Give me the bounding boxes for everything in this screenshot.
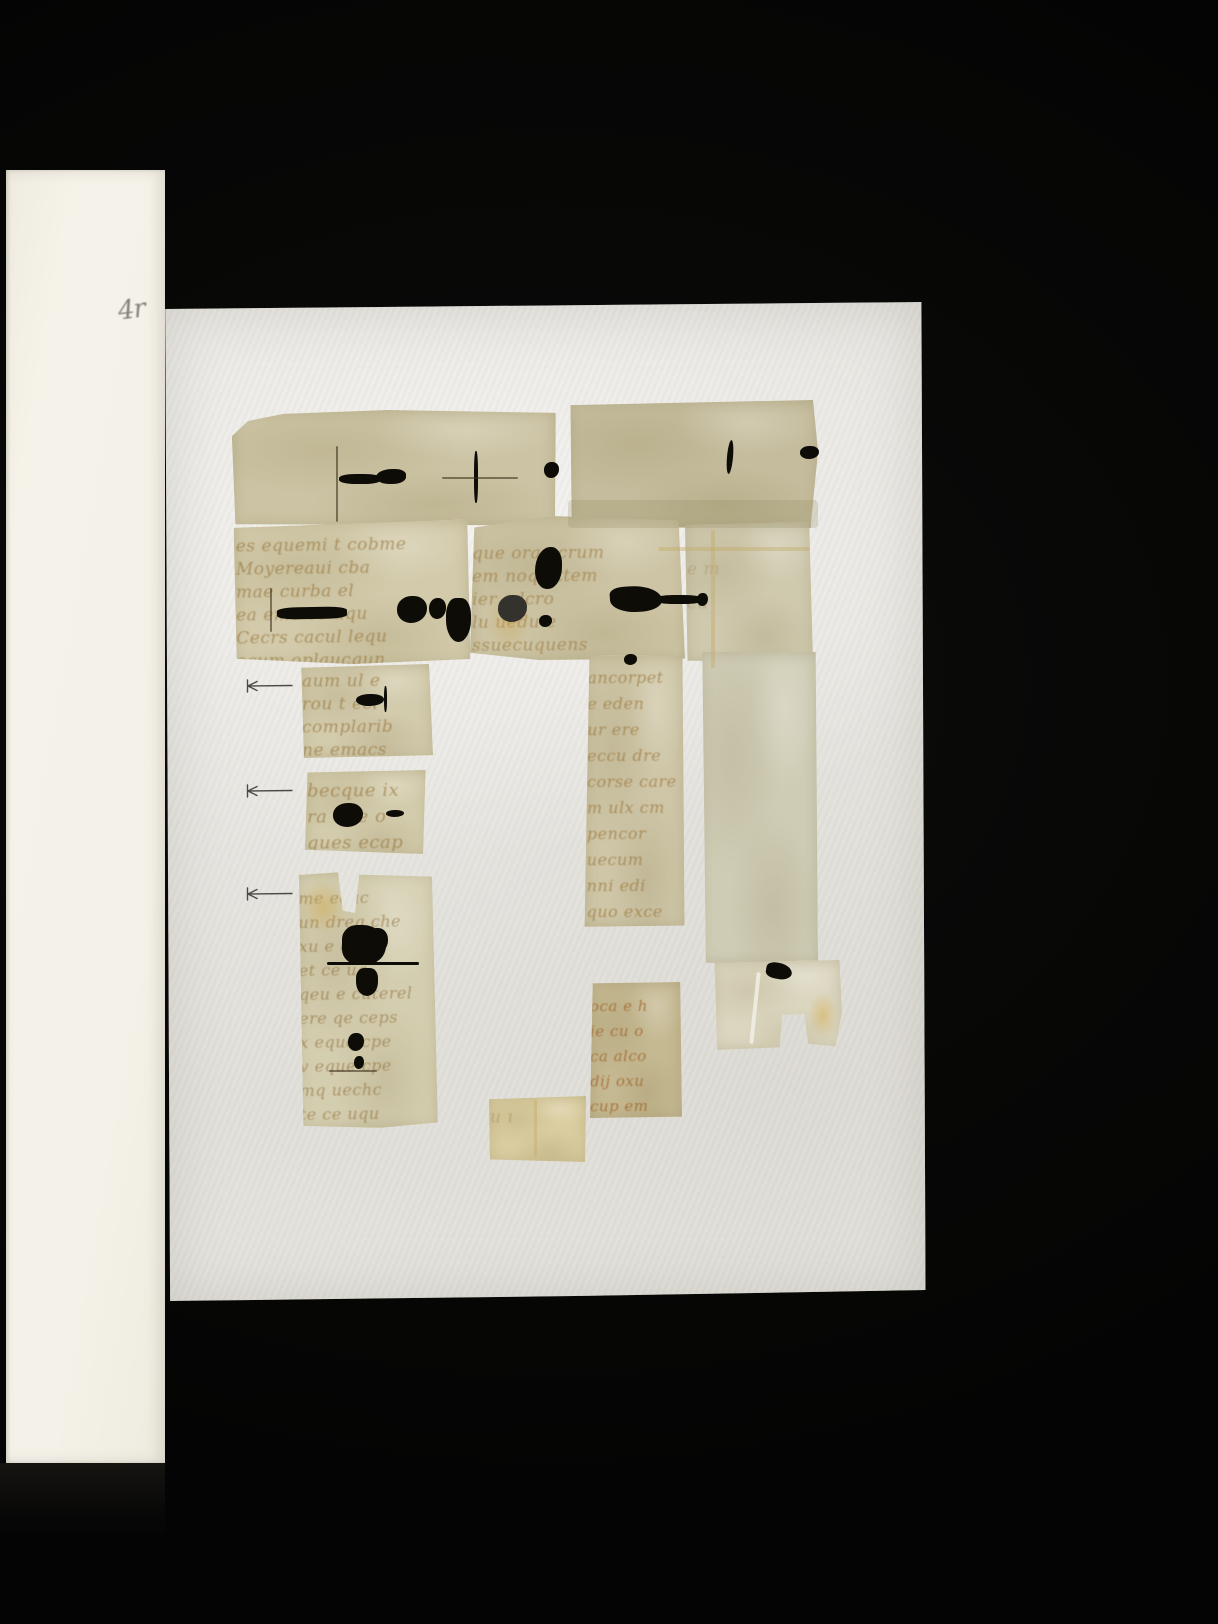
manuscript-text-line: ie cu o <box>595 1019 678 1045</box>
ink-blot <box>376 469 406 484</box>
manuscript-text-block: aum ul erou t eclcomplaribne emacs <box>300 664 433 758</box>
manuscript-text-block: ancorpete edenur ereeccu drecorse carem … <box>585 655 686 927</box>
ink-blot <box>277 606 347 619</box>
left-arrow-icon <box>245 783 295 799</box>
manuscript-text-line: nni edi <box>592 873 681 899</box>
ink-blot <box>339 474 381 484</box>
manuscript-text-block: u ı <box>488 1096 587 1162</box>
page-edge-shadow <box>0 1463 165 1533</box>
stain <box>300 880 346 934</box>
ink-slit <box>384 686 387 712</box>
manuscript-text-line: v eque cpe <box>304 1053 433 1079</box>
manuscript-text-block: becque ixra que oques ecap <box>305 770 428 854</box>
manuscript-text-line: quo exce <box>592 899 681 925</box>
manuscript-text-line: que ora ecrum <box>477 541 681 566</box>
manuscript-text-line: Cecrs cacul lequ <box>241 624 466 650</box>
manuscript-text-line: becque ix <box>312 778 424 805</box>
folio-annotation: 4r <box>117 295 147 324</box>
fragment-center-column: ancorpete edenur ereeccu drecorse carem … <box>585 655 686 927</box>
manuscript-text-line: ur ere <box>592 717 681 743</box>
manuscript-text-line: ques ecap <box>312 830 424 854</box>
manuscript-text-line: pencor <box>592 821 681 847</box>
manuscript-text-line: corse care <box>592 769 681 795</box>
guard-page-strip <box>6 170 165 1463</box>
manuscript-text-line: ra que o <box>312 804 424 831</box>
left-arrow-annotation <box>245 678 295 694</box>
manuscript-photograph: 4r es equemi t cobmeMoyereaui cbamae cur… <box>0 0 1218 1624</box>
fragment-bottom-center-text: oca e hie cu oca alcodij oxucup em <box>590 982 682 1118</box>
crack-line <box>336 446 338 522</box>
ink-blot <box>356 968 378 996</box>
manuscript-text-line: uecum <box>592 847 681 873</box>
fragment-left-column-middle: becque ixra que oques ecap <box>305 770 428 854</box>
manuscript-text-line: ancorpet <box>592 665 681 691</box>
crack-line <box>329 1070 377 1072</box>
ink-blot <box>446 598 471 642</box>
left-arrow-annotation <box>245 783 295 799</box>
manuscript-text-line: cup em <box>595 1094 678 1118</box>
manuscript-text-line: aum ul e <box>307 669 429 693</box>
manuscript-text-block: e mcu <box>685 522 813 662</box>
ink-streak <box>655 595 703 604</box>
seam-line <box>658 547 810 551</box>
manuscript-text-line: Moyereaui cba <box>241 555 466 581</box>
manuscript-text-line: e eden <box>592 691 681 717</box>
left-arrow-icon <box>245 678 295 694</box>
manuscript-text-line: x eque cpe <box>304 1029 433 1055</box>
fragment-top-left-blank <box>232 409 556 526</box>
fold-line <box>534 1100 537 1156</box>
manuscript-text-line: e m <box>692 551 809 586</box>
fragment-text-band-right: e mcu <box>685 522 813 662</box>
manuscript-text-line: eccu dre <box>592 743 681 769</box>
fragment-left-column-top: aum ul erou t eclcomplaribne emacs <box>300 664 433 758</box>
manuscript-text-line: oca e h <box>595 994 678 1020</box>
fragment-bottom-small: u ı <box>488 1096 587 1162</box>
manuscript-text-line: mq uechc <box>304 1077 433 1103</box>
left-arrow-icon <box>245 886 295 902</box>
manuscript-text-block: oca e hie cu oca alcodij oxucup em <box>590 982 682 1118</box>
fragment-right-strip-blank <box>700 652 818 964</box>
manuscript-text-line: ca alco <box>595 1044 678 1070</box>
manuscript-text-line: es equemi t cobme <box>241 532 466 558</box>
ink-streak <box>327 962 419 965</box>
manuscript-text-line: te ce uqu <box>305 1101 434 1127</box>
fold-shadow <box>568 500 818 528</box>
manuscript-text-line: u ı <box>495 1106 583 1130</box>
manuscript-text-line: em noq uttem <box>477 564 681 589</box>
manuscript-text-line: ere qe ceps <box>304 1005 433 1031</box>
crack-line <box>270 588 272 632</box>
left-arrow-annotation <box>245 886 295 902</box>
manuscript-text-line: complarib <box>307 715 429 739</box>
stain <box>808 992 838 1038</box>
manuscript-text-line: ne emacs <box>307 738 429 758</box>
manuscript-text-line: dij oxu <box>595 1069 678 1095</box>
manuscript-text-line: m ulx cm <box>592 795 681 821</box>
manuscript-text-line: cu <box>692 585 809 620</box>
crack-line <box>442 477 518 479</box>
